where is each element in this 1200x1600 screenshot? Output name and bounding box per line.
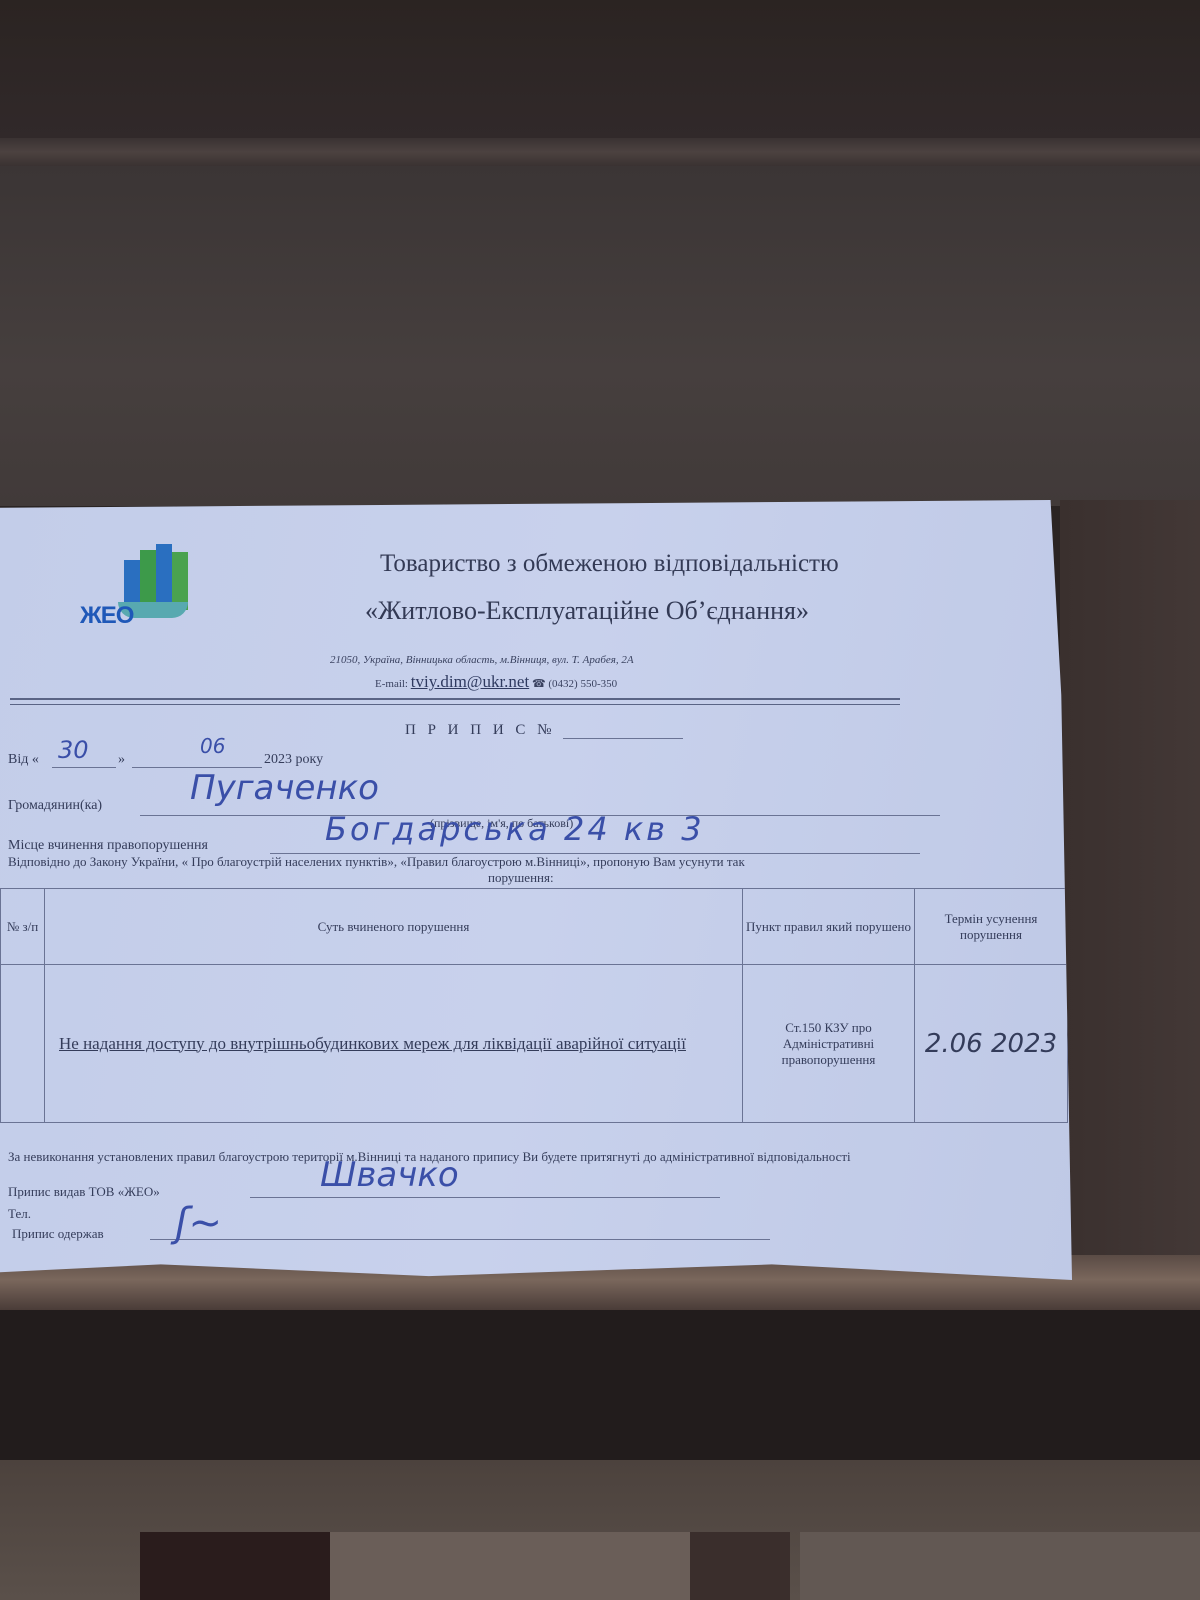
place-label: Місце вчинення правопорушення	[8, 838, 208, 854]
received-by-label: Припис одержав	[12, 1226, 104, 1242]
background-block	[800, 1532, 1200, 1600]
notice-title: П Р И П И С №	[405, 722, 683, 739]
org-line-2: «Житлово-Експлуатаційне Об’єднання»	[365, 596, 809, 626]
date-month-handwritten: 06	[200, 734, 225, 758]
cell-deadline-handwritten: 2.06 2023	[915, 965, 1068, 1123]
header-number: № з/п	[1, 889, 45, 965]
notice-paper: ЖЕО Товариство з обмеженою відповідальні…	[0, 500, 1072, 1280]
background-dark-wall	[0, 0, 1200, 140]
table-header-row: № з/п Суть вчиненого порушення Пункт пра…	[1, 889, 1068, 965]
email-label: E-mail:	[375, 678, 408, 690]
background-block	[330, 1532, 690, 1600]
table-row: Не надання доступу до внутрішньобудинков…	[1, 965, 1068, 1123]
legal-basis-text-cont: порушення:	[488, 870, 554, 886]
phone-number: ☎ (0432) 550-350	[532, 678, 617, 690]
issued-by-label: Припис видав ТОВ «ЖЕО»	[8, 1184, 160, 1200]
background-surface	[0, 166, 1200, 506]
issued-by-field	[250, 1184, 720, 1198]
warning-text: За невиконання установлених правил благо…	[8, 1148, 1058, 1165]
date-month-field	[132, 750, 262, 768]
header-rule: Пункт правил який порушено	[743, 889, 915, 965]
recipient-signature: ʃ~	[175, 1200, 222, 1246]
org-address: 21050, Україна, Вінницька область, м.Він…	[330, 654, 634, 666]
org-line-1: Товариство з обмеженою відповідальністю	[380, 550, 839, 578]
cell-number	[1, 965, 45, 1123]
received-by-field	[150, 1226, 770, 1240]
email-link[interactable]: tviy.dim@ukr.net	[411, 672, 529, 691]
background-ledge	[0, 138, 1200, 166]
date-suffix: 2023 року	[264, 752, 323, 768]
citizen-label: Громадянин(ка)	[8, 798, 102, 814]
header-divider	[10, 704, 900, 705]
date-day-handwritten: 30	[58, 736, 89, 764]
violations-table: № з/п Суть вчиненого порушення Пункт пра…	[0, 888, 1068, 1123]
header-violation: Суть вчиненого порушення	[45, 889, 743, 965]
legal-basis-text: Відповідно до Закону України, « Про благ…	[8, 854, 1068, 870]
cell-violation: Не надання доступу до внутрішньобудинков…	[45, 965, 743, 1123]
header-deadline: Термін усунення порушення	[915, 889, 1068, 965]
citizen-handwritten: Пугаченко	[190, 768, 379, 808]
place-handwritten: Богдарська 24 кв 3	[325, 810, 705, 848]
phone-label: Тел.	[8, 1206, 31, 1222]
background-shadow-band	[0, 1310, 1200, 1460]
date-mid: »	[118, 752, 125, 768]
logo-text: ЖЕО	[80, 602, 133, 630]
cell-rule: Ст.150 КЗУ про Адміністративні правопору…	[743, 965, 915, 1123]
date-prefix: Від «	[8, 752, 39, 768]
background-right-edge	[1060, 500, 1200, 1300]
logo-building-icon	[156, 544, 172, 610]
org-contacts: E-mail: tviy.dim@ukr.net ☎ (0432) 550-35…	[375, 672, 617, 692]
logo-building-icon	[140, 550, 156, 610]
background-block	[690, 1532, 790, 1600]
background-block	[140, 1532, 330, 1600]
header-divider	[10, 698, 900, 700]
notice-number-field	[563, 727, 683, 739]
company-logo: ЖЕО	[80, 542, 190, 630]
